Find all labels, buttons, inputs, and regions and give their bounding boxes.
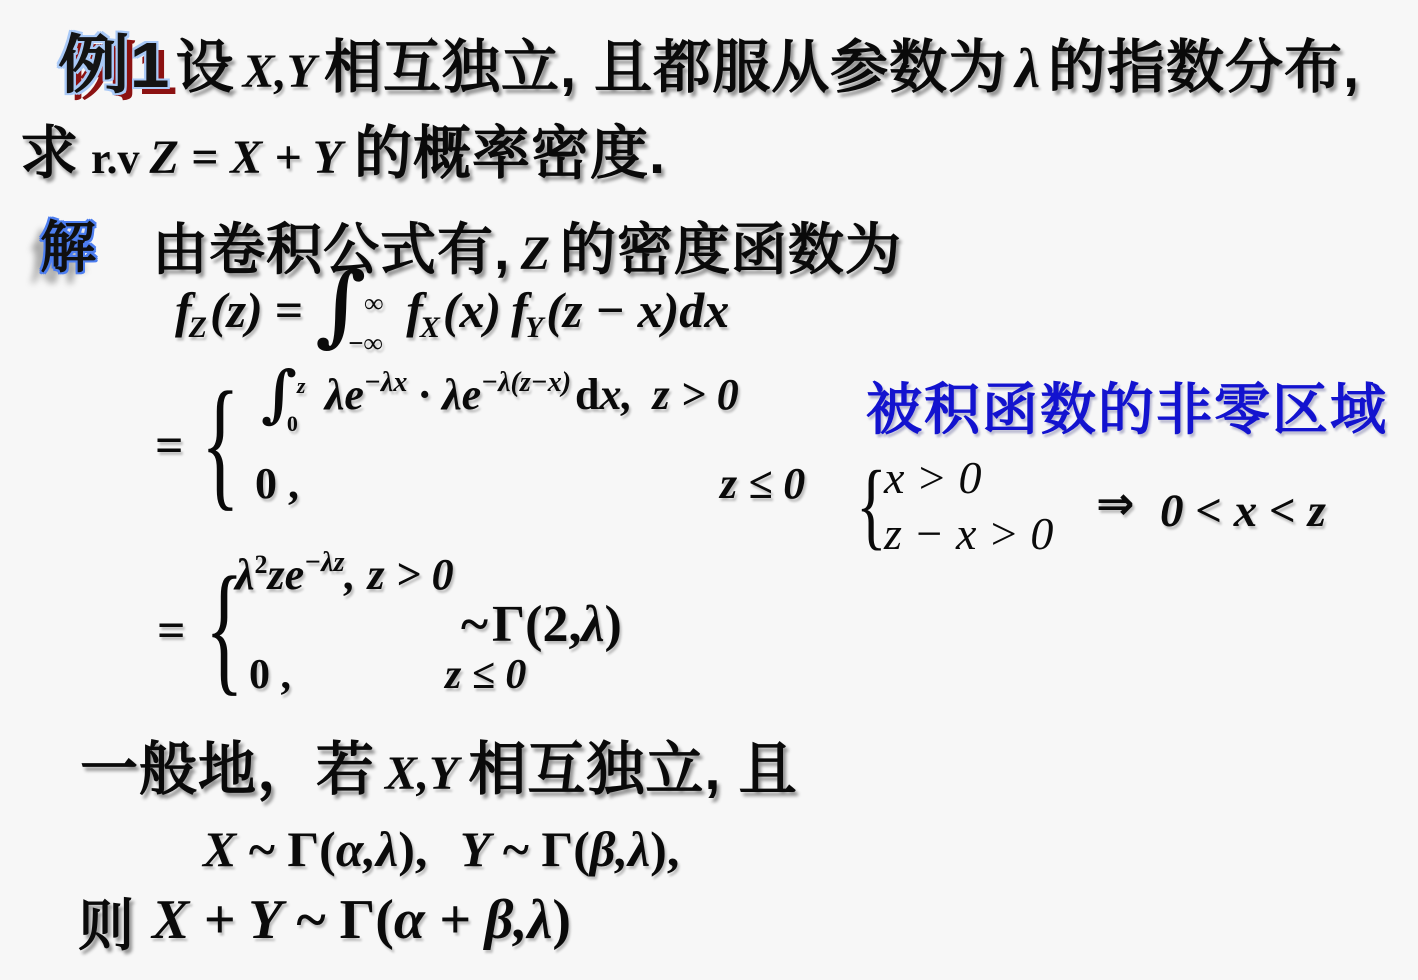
fx-arg: (x)	[443, 282, 501, 338]
general-xy-math: X,Y	[385, 746, 458, 801]
zero-value: 0 ,	[255, 459, 299, 508]
gamma-distributions: X ~ Γ(α,λ), Y ~ Γ(β,λ),	[203, 818, 679, 880]
x-var: X	[203, 821, 236, 877]
example-badge: 例1	[58, 14, 170, 106]
implies-arrow: ⇒	[1096, 476, 1135, 530]
dx-term: dx	[679, 282, 729, 338]
limit-top: z	[297, 353, 306, 419]
sum-term: X + Y	[152, 889, 282, 951]
intro-mid: 相互独立, 且都服从参数为	[324, 20, 1007, 104]
solve-marker: 解	[40, 204, 96, 284]
limit-bottom: 0	[287, 391, 298, 457]
condition-positive: z > 0	[367, 550, 453, 599]
question-qiu: 求	[20, 106, 79, 190]
fz-sub: Z	[189, 311, 207, 344]
multiplication-dot: ·	[417, 370, 432, 419]
intro-tail: 的指数分布,	[1048, 20, 1360, 104]
condition-nonpositive: z ≤ 0	[720, 454, 805, 514]
question-line: 求 r.v Z = X + Y 的概率密度.	[20, 106, 666, 190]
exponent: −λx	[364, 367, 407, 398]
intro-lambda: λ	[1015, 37, 1040, 101]
y-var: Y	[460, 821, 491, 877]
gamma-close: )	[605, 596, 622, 653]
tilde-gamma-open: ~ Γ(	[249, 821, 336, 877]
ze-term: ze	[268, 550, 305, 599]
condition-positive: z > 0	[653, 370, 739, 419]
zero-value: 0 ,	[249, 652, 291, 698]
intro-line: 例1 设 X,Y 相互独立, 且都服从参数为 λ 的指数分布,	[58, 14, 1360, 106]
piecewise-1-row-2: 0 , z ≤ 0	[255, 454, 849, 524]
system-result: 0 < x < z	[1160, 484, 1326, 538]
gamma-close: ),	[650, 821, 679, 877]
question-rv-label: r.v	[91, 133, 140, 184]
fx-sub: X	[420, 311, 440, 344]
system-rows: x > 0 z − x > 0	[884, 450, 1053, 562]
fz-arg: (z)	[210, 282, 263, 338]
tilde-gamma-open: ~ Γ(	[296, 889, 393, 951]
intro-she: 设	[176, 20, 235, 104]
intro-xy-math: X,Y	[243, 44, 316, 99]
fy-sub: Y	[525, 311, 543, 344]
piecewise-1: = { ∫z0 λe−λx · λe−λ(z−x) dx, z > 0 0 , …	[155, 358, 855, 533]
gamma-lambda: λ	[581, 596, 604, 653]
lambda-e-term: λe	[325, 370, 364, 419]
solve-jie: 解	[40, 204, 96, 284]
conclusion-formula: X + Y ~ Γ(α + β,λ)	[152, 888, 571, 952]
exponent: −λ(z−x)	[481, 367, 571, 398]
convolution-formula: fZ(z) = ∫∞−∞ fX(x) fY(z − x)dx	[175, 268, 729, 365]
equals-sign: =	[275, 282, 304, 338]
gamma-params: α + β,λ	[394, 889, 552, 951]
fy-arg: (z − x)	[546, 282, 679, 338]
exponent: −λz	[304, 547, 344, 578]
gamma-close: ),	[398, 821, 427, 877]
gamma-params: β,λ	[590, 821, 650, 877]
system-row-2: z − x > 0	[884, 506, 1053, 562]
differential-x: x,	[600, 370, 633, 419]
question-math: Z = X + Y	[150, 130, 343, 185]
tilde: ~	[461, 596, 488, 653]
nonzero-region-note: 被积函数的非零区域	[866, 366, 1388, 446]
gamma-params: α,λ	[336, 821, 398, 877]
condition-nonpositive: z ≤ 0	[445, 645, 526, 705]
system-row-1: x > 0	[884, 450, 1053, 506]
curly-brace: {	[201, 364, 240, 524]
lambda-term: λ	[235, 550, 255, 599]
equals-sign: =	[155, 416, 184, 474]
question-tail: 的概率密度.	[354, 106, 666, 190]
tilde-gamma-open: ~ Γ(	[503, 821, 590, 877]
piecewise-2-row-1: λ2ze−λz, z > 0	[235, 543, 454, 617]
gamma-note: ~ Γ(2,λ)	[461, 595, 622, 654]
general-tail: 相互独立, 且	[468, 722, 797, 806]
lambda-e-term: λe	[442, 370, 481, 419]
conclusion-ze: 则	[78, 882, 135, 962]
general-lead: 一般地，若	[80, 722, 375, 806]
slide: 例1 设 X,Y 相互独立, 且都服从参数为 λ 的指数分布, 求 r.v Z …	[0, 0, 1418, 980]
differential-d: d	[575, 370, 599, 419]
general-statement: 一般地，若 X,Y 相互独立, 且	[80, 722, 798, 806]
piecewise-2: = { λ2ze−λz, z > 0 0 , z ≤ 0 ~ Γ(2,λ)	[155, 543, 855, 718]
curly-brace: {	[856, 452, 887, 559]
piecewise-2-row-2: 0 , z ≤ 0	[249, 645, 649, 714]
gamma-close: )	[552, 889, 571, 951]
gamma-open: Γ(2,	[492, 596, 581, 653]
squared-exponent: 2	[255, 550, 268, 579]
piecewise-1-row-1: ∫z0 λe−λx · λe−λ(z−x) dx, z > 0	[261, 362, 739, 438]
comma: ,	[344, 550, 355, 599]
equals-sign: =	[157, 601, 186, 659]
